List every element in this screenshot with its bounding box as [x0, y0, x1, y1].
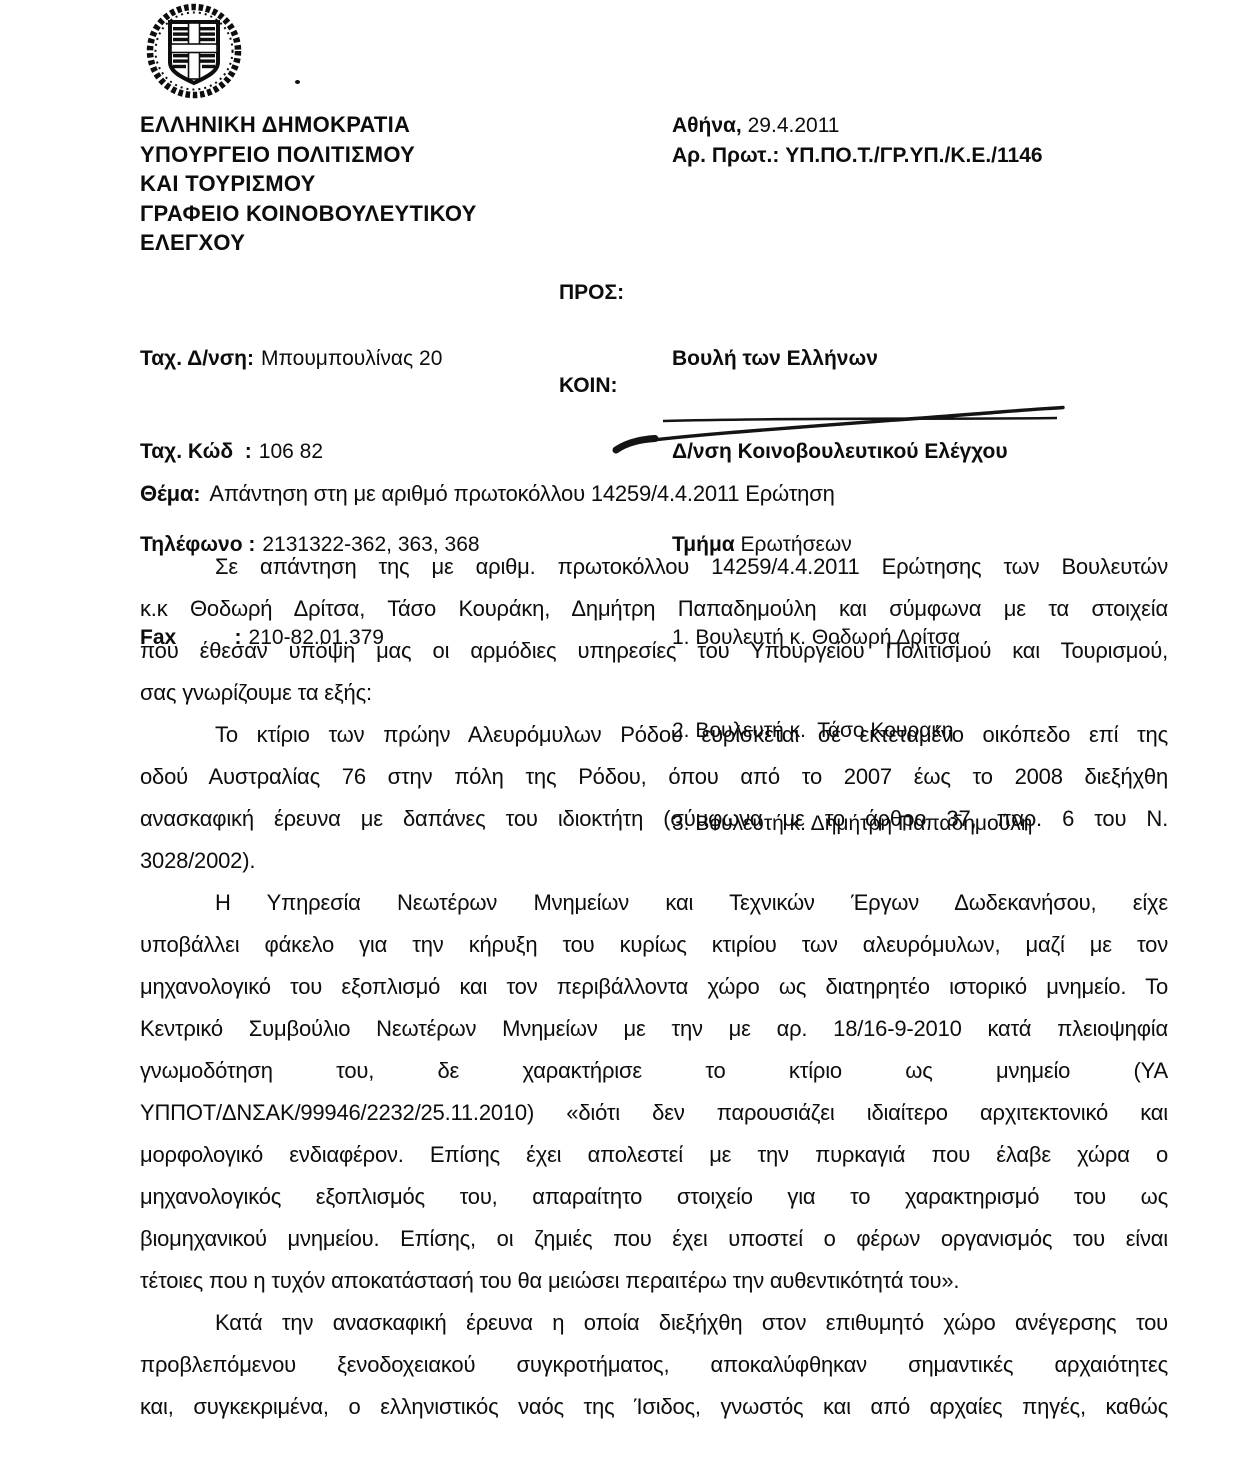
letter-body: Σε απάντηση της με αριθμ. πρωτοκόλλου 14… — [140, 546, 1168, 1428]
recipient-line: Βουλή των Ελλήνων — [672, 343, 1032, 374]
letterhead-line: ΕΛΕΓΧΟΥ — [140, 228, 477, 258]
pros-label: ΠΡΟΣ: — [559, 281, 624, 305]
body-line: και, συγκεκριμένα, ο ελληνιστικός ναός τ… — [140, 1386, 1168, 1428]
contact-label: Ταχ. Δ/νση: — [140, 347, 254, 370]
body-line: προβλεπόμενου ξενοδοχειακού συγκροτήματο… — [140, 1344, 1168, 1386]
subject-label: Θέμα: — [140, 481, 200, 506]
body-line: τέτοιες που η τυχόν αποκατάστασή του θα … — [140, 1260, 1168, 1302]
body-line: μορφολογικό ενδιαφέρον. Επίσης έχει απολ… — [140, 1134, 1168, 1176]
body-line: ΥΠΠΟΤ/ΔΝΣΑΚ/99946/2232/25.11.2010) «διότ… — [140, 1092, 1168, 1134]
koin-label: ΚΟΙΝ: — [559, 374, 618, 398]
letterhead: ΕΛΛΗΝΙΚΗ ΔΗΜΟΚΡΑΤΙΑ ΥΠΟΥΡΓΕΙΟ ΠΟΛΙΤΙΣΜΟΥ… — [140, 110, 477, 258]
body-line: Κατά την ανασκαφική έρευνα η οποία διεξή… — [140, 1302, 1168, 1344]
date-block: Αθήνα, 29.4.2011 Αρ. Πρωτ.: ΥΠ.ΠΟ.Τ./ΓΡ.… — [672, 111, 1043, 171]
body-line: Κεντρικό Συμβούλιο Νεωτέρων Μνημείων με … — [140, 1008, 1168, 1050]
body-line: υποβάλλει φάκελο για την κήρυξη του κυρί… — [140, 924, 1168, 966]
city-label: Αθήνα, — [672, 114, 742, 137]
contact-label: Ταχ. Κώδ : — [140, 440, 252, 463]
body-line: γνωμοδότηση του, δε χαρακτήρισε το κτίρι… — [140, 1050, 1168, 1092]
curve-hook-stroke — [616, 439, 655, 451]
body-line: Το κτίριο των πρώην Αλευρόμυλων Ρόδου ευ… — [140, 714, 1168, 756]
protocol-line: Αρ. Πρωτ.: ΥΠ.ΠΟ.Τ./ΓΡ.ΥΠ./Κ.Ε./1146 — [672, 141, 1043, 171]
body-line: 3028/2002). — [140, 840, 1168, 882]
subject-text: Απάντηση στη με αριθμό πρωτοκόλλου 14259… — [209, 481, 834, 506]
document-page: ΕΛΛΗΝΙΚΗ ΔΗΜΟΚΡΑΤΙΑ ΥΠΟΥΡΓΕΙΟ ΠΟΛΙΤΙΣΜΟΥ… — [0, 0, 1255, 1459]
date-line: Αθήνα, 29.4.2011 — [672, 111, 1043, 141]
letterhead-line: ΓΡΑΦΕΙΟ ΚΟΙΝΟΒΟΥΛΕΥΤΙΚΟΥ — [140, 199, 477, 229]
body-line: ανασκαφική έρευνα με δαπάνες του ιδιοκτή… — [140, 798, 1168, 840]
date-value: 29.4.2011 — [748, 114, 840, 137]
body-line: Η Υπηρεσία Νεωτέρων Μνημείων και Τεχνικώ… — [140, 882, 1168, 924]
scan-speck — [295, 80, 300, 84]
subject-line: Θέμα:Απάντηση στη με αριθμό πρωτοκόλλου … — [140, 481, 835, 507]
contact-row: Ταχ. Δ/νση:Μπουμπουλίνας 20 — [140, 343, 480, 374]
protocol-number: ΥΠ.ΠΟ.Τ./ΓΡ.ΥΠ./Κ.Ε./1146 — [785, 144, 1042, 167]
body-line: σας γνωρίζουμε τα εξής: — [140, 672, 1168, 714]
body-line: που έθεσαν υπόψη μας οι αρμόδιες υπηρεσί… — [140, 630, 1168, 672]
body-line: μηχανολογικό του εξοπλισμό και τον περιβ… — [140, 966, 1168, 1008]
greek-coat-of-arms-icon — [143, 2, 245, 102]
recipient-line: Δ/νση Κοινοβουλευτικού Ελέγχου — [672, 436, 1032, 467]
body-line: μηχανολογικός εξοπλισμός του, απαραίτητο… — [140, 1176, 1168, 1218]
contact-value: Μπουμπουλίνας 20 — [261, 347, 442, 370]
letterhead-line: ΥΠΟΥΡΓΕΙΟ ΠΟΛΙΤΙΣΜΟΥ — [140, 140, 477, 170]
body-line: κ.κ Θοδωρή Δρίτσα, Τάσο Κουράκη, Δημήτρη… — [140, 588, 1168, 630]
protocol-label: Αρ. Πρωτ.: — [672, 144, 779, 167]
contact-value: 106 82 — [259, 440, 323, 463]
body-line: βιομηχανικού μνημείου. Επίσης, οι ζημιές… — [140, 1218, 1168, 1260]
body-line: οδού Αυστραλίας 76 στην πόλη της Ρόδου, … — [140, 756, 1168, 798]
contact-row: Ταχ. Κώδ :106 82 — [140, 436, 480, 467]
letterhead-line: ΚΑΙ ΤΟΥΡΙΣΜΟΥ — [140, 169, 477, 199]
letterhead-line: ΕΛΛΗΝΙΚΗ ΔΗΜΟΚΡΑΤΙΑ — [140, 110, 477, 140]
body-line: Σε απάντηση της με αριθμ. πρωτοκόλλου 14… — [140, 546, 1168, 588]
